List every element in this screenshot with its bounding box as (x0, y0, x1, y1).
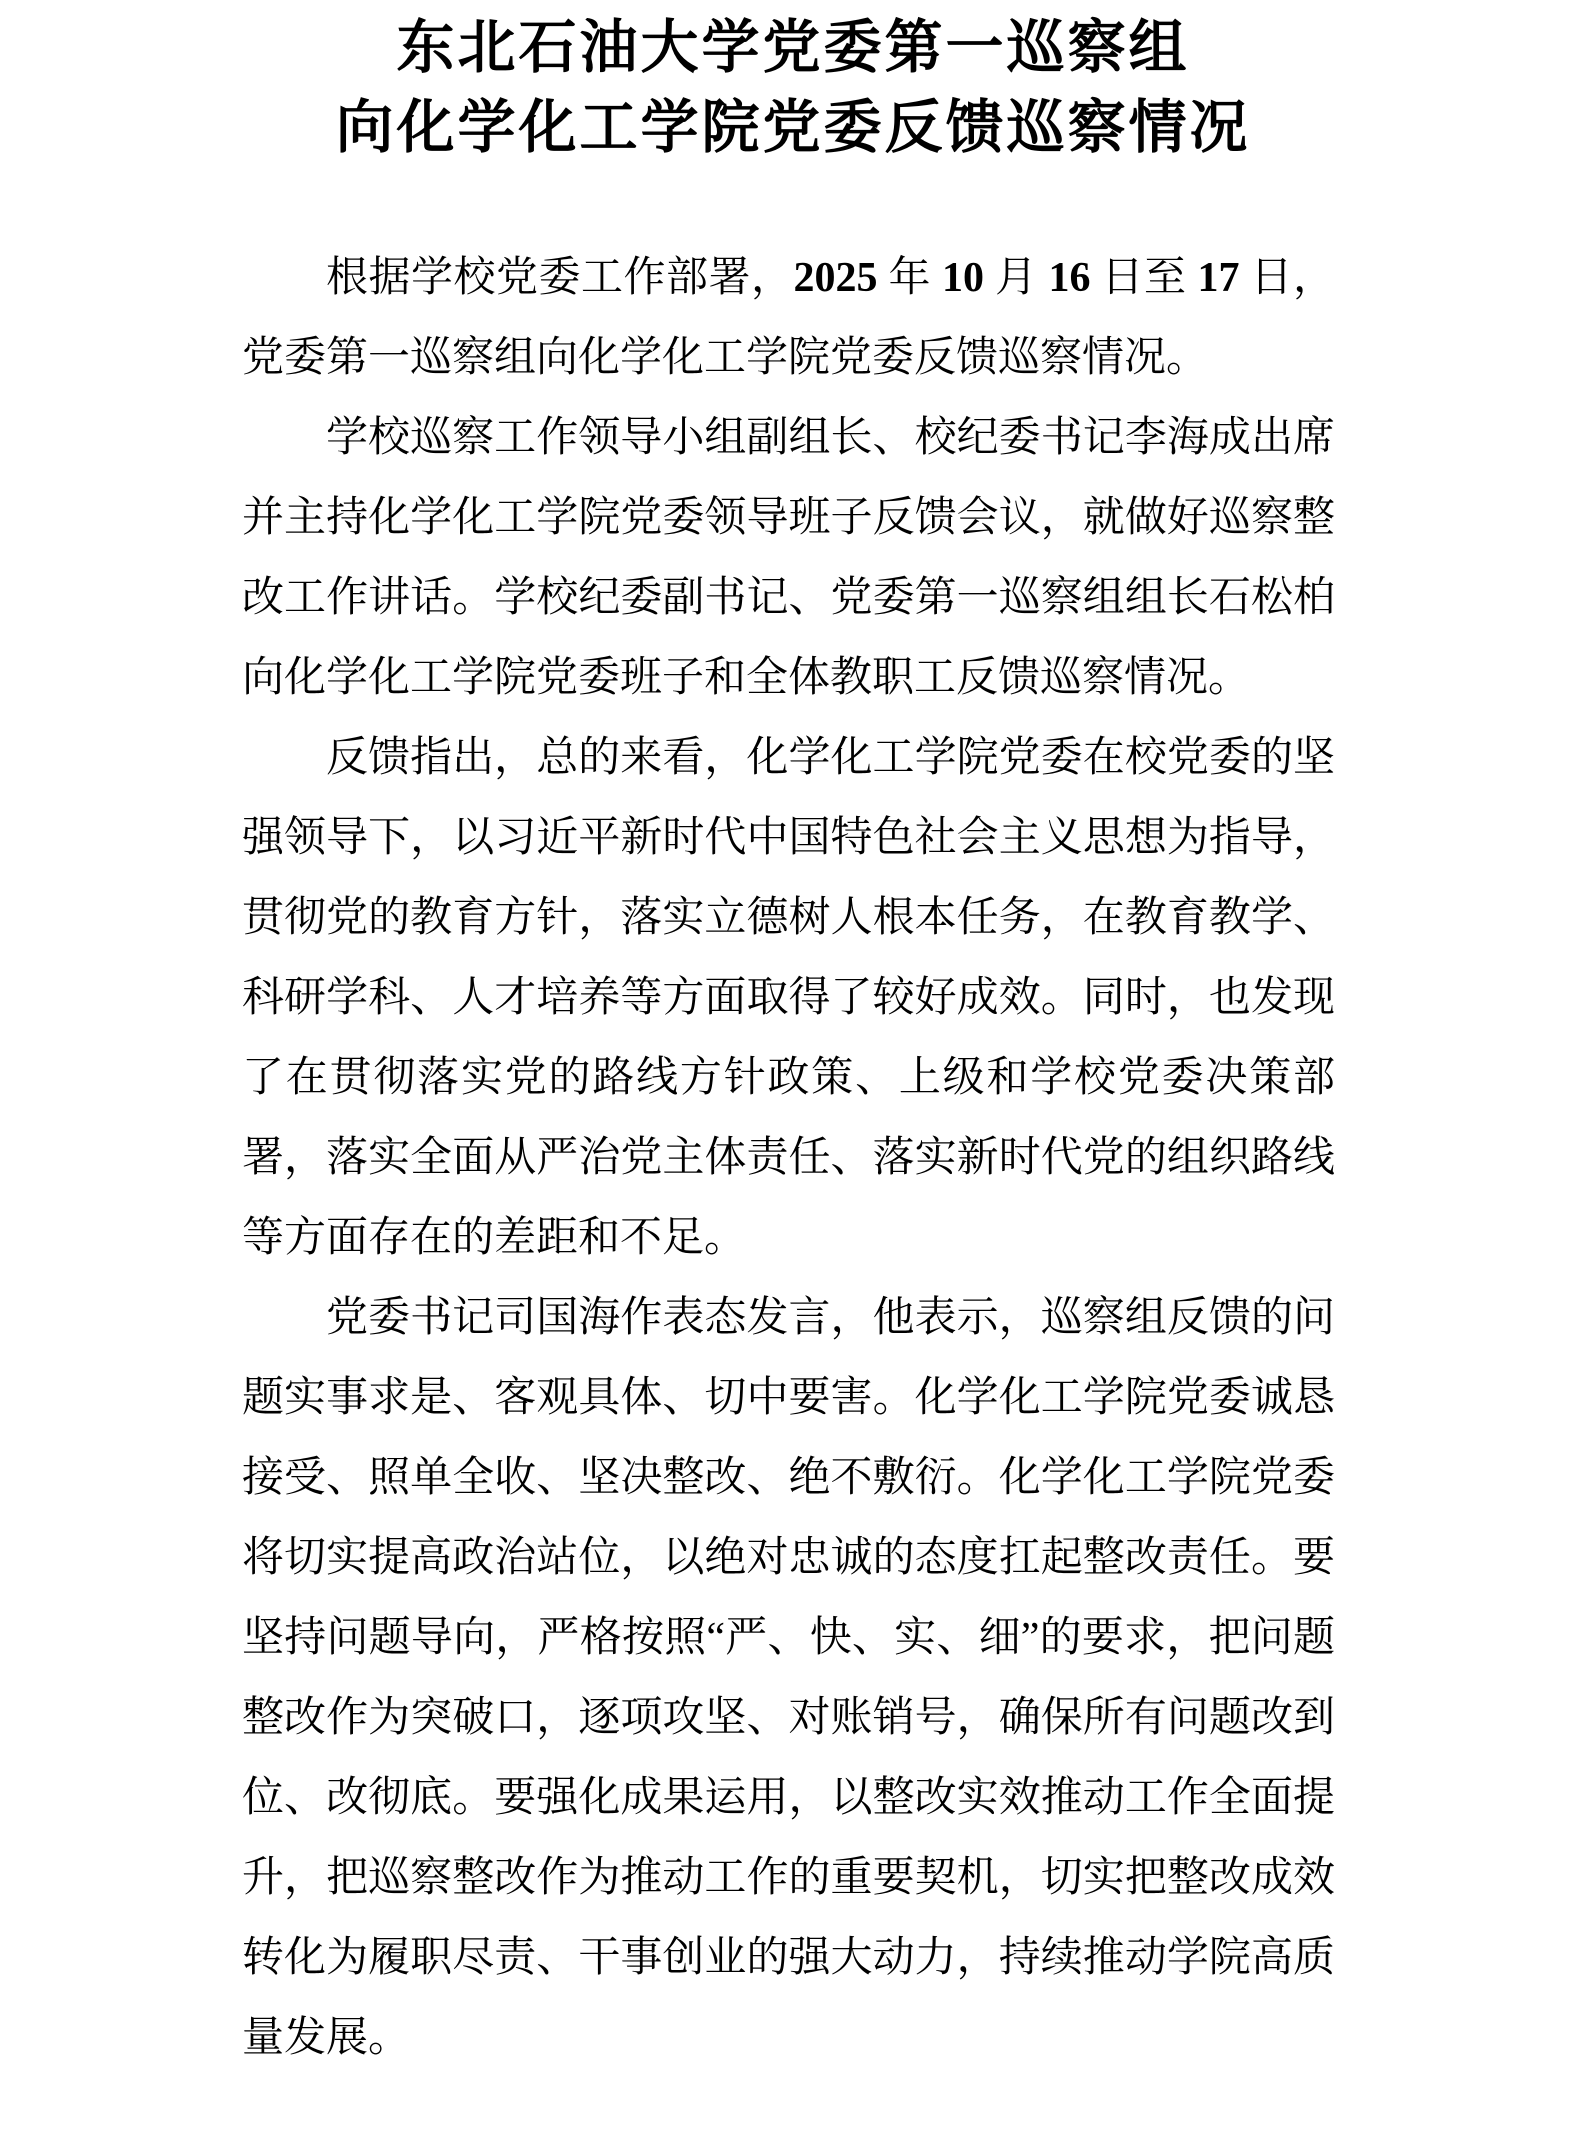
date-day-start: 16 (1048, 255, 1090, 301)
paragraph-intro-text-1: 根据学校党委工作部署， (326, 255, 793, 301)
title-line-2: 向化学化工学院党委反馈巡察情况 (0, 88, 1586, 168)
paragraph-response: 党委书记司国海作表态发言，他表示，巡察组反馈的问题实事求是、客观具体、切中要害。… (242, 1278, 1335, 2078)
date-year: 2025 (793, 255, 877, 301)
date-year-unit: 年 (877, 255, 942, 301)
date-day-end: 17 (1197, 255, 1239, 301)
paragraph-intro: 根据学校党委工作部署，2025 年 10 月 16 日至 17 日，党委第一巡察… (242, 238, 1335, 398)
date-month-unit: 月 (984, 255, 1049, 301)
paragraph-feedback: 反馈指出，总的来看，化学化工学院党委在校党委的坚强领导下，以习近平新时代中国特色… (242, 718, 1335, 1278)
document-title: 东北石油大学党委第一巡察组向化学化工学院党委反馈巡察情况 (0, 8, 1586, 168)
title-line-1: 东北石油大学党委第一巡察组 (0, 8, 1586, 88)
paragraph-meeting: 学校巡察工作领导小组副组长、校纪委书记李海成出席并主持化学化工学院党委领导班子反… (242, 398, 1335, 718)
document-page: 东北石油大学党委第一巡察组向化学化工学院党委反馈巡察情况 根据学校党委工作部署，… (0, 0, 1586, 2132)
date-month: 10 (942, 255, 984, 301)
date-range-separator: 日至 (1090, 255, 1197, 301)
article-body: 根据学校党委工作部署，2025 年 10 月 16 日至 17 日，党委第一巡察… (242, 238, 1335, 2078)
